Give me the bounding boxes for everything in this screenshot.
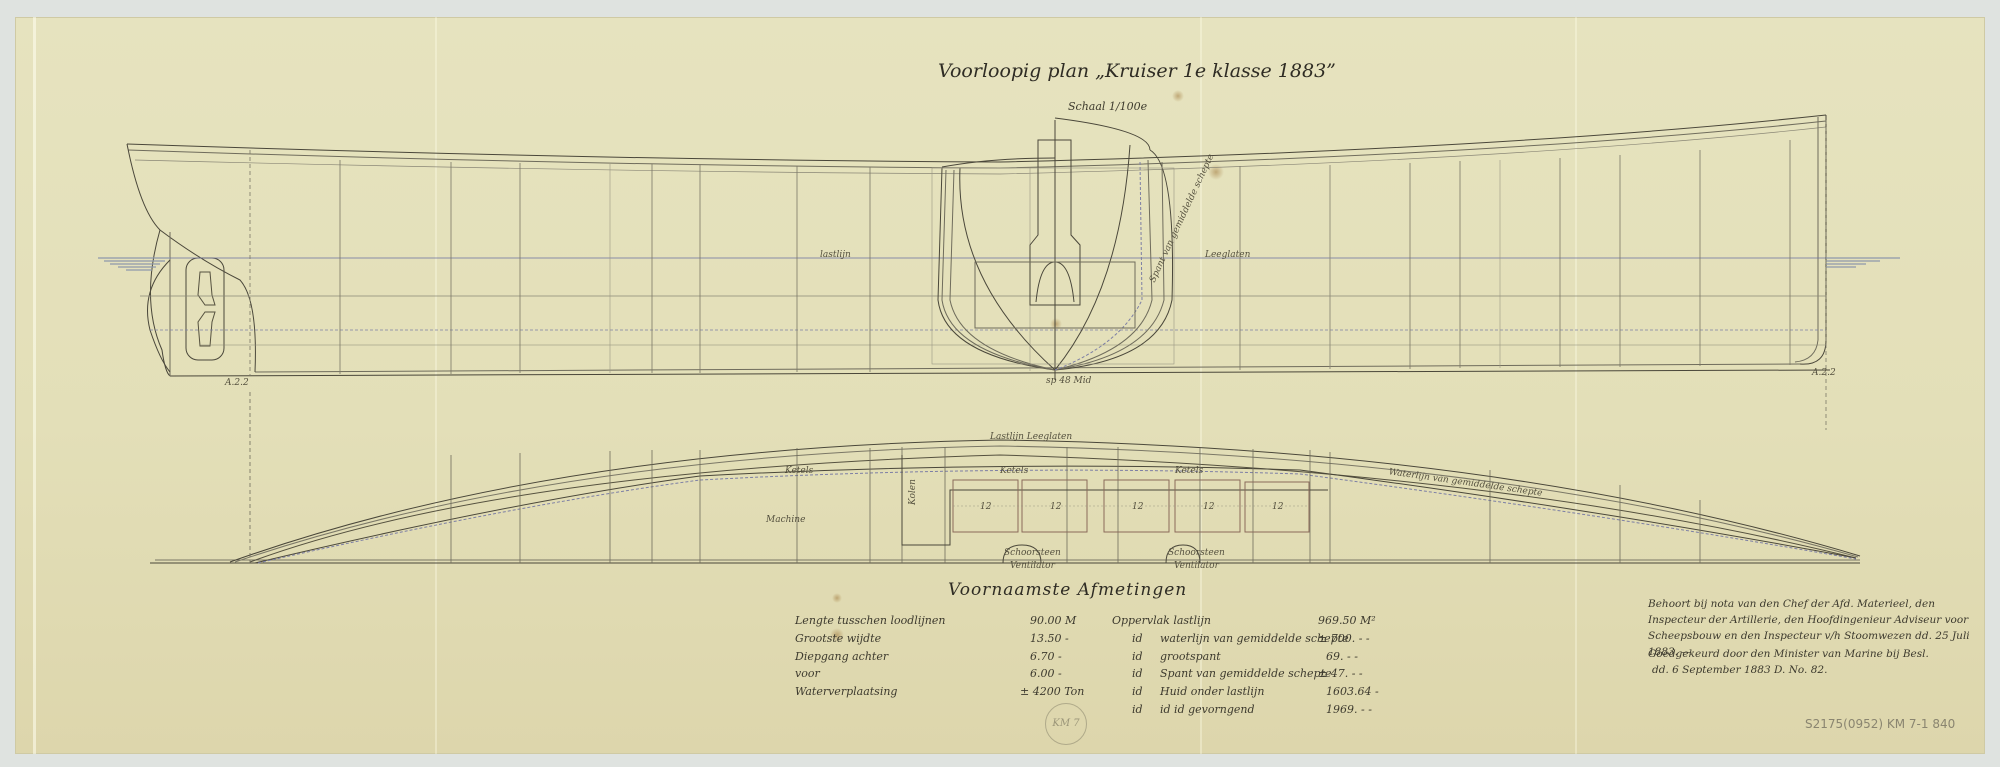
plan-view [150,392,1860,563]
spec-label: Oppervlak lastlijn [1112,614,1211,627]
spec-label: Spant van gemiddelde schepte [1160,667,1332,680]
spec-prefix: id [1132,667,1143,680]
spec-value: 13.50 - [1030,632,1069,645]
label-lastlijn: lastlijn [820,250,851,260]
label-aft-frame: A.2.2 [225,378,249,388]
archive-stamp: KM 7 [1045,703,1087,745]
spec-value: 90.00 M [1030,614,1076,627]
boiler-value: 12 [1272,502,1283,512]
spec-value: 69. - - [1326,650,1358,663]
specifications-heading: Voornaamste Afmetingen [948,580,1187,600]
spec-value: ± 700. - - [1318,632,1370,645]
spec-value: 1969. - - [1326,703,1372,716]
label-plan-waterline: Lastlijn Leeglaten [990,432,1072,442]
label-leeglaten: Leeglaten [1205,250,1250,260]
spec-value: 6.00 - [1030,667,1062,680]
spec-label: grootspant [1160,650,1221,663]
label-midship: sp 48 Mid [1046,376,1091,386]
spec-label: id id gevorngend [1160,703,1255,716]
spec-value: 1603.64 - [1326,685,1379,698]
scale-label: Schaal 1/100e [1068,100,1147,113]
spec-label: Diepgang achter [795,650,888,663]
label-machine: Machine [766,515,805,525]
spec-value: 969.50 M² [1318,614,1376,627]
drawing-title: Voorloopig plan „Kruiser 1e klasse 1883” [938,60,1336,82]
label-ketels-right: Ketels [1175,466,1203,476]
spec-label: Lengte tusschen loodlijnen [795,614,945,627]
spec-prefix: id [1132,632,1143,645]
label-vent-2: Schoorsteen [1168,548,1225,558]
label-vent-1: Schoorsteen [1004,548,1061,558]
spec-value: ± 47. - - [1318,667,1363,680]
boiler-value: 12 [1132,502,1143,512]
spec-prefix: id [1132,685,1143,698]
spec-label: Huid onder lastlijn [1160,685,1264,698]
spec-prefix: id [1132,703,1143,716]
spec-label: Grootste wijdte [795,632,881,645]
approval-date: dd. 6 September 1883 D. No. 82. [1652,662,1982,678]
label-vent-1-sub: Ventilator [1010,561,1055,571]
spec-label: voor [795,667,820,680]
archive-number: S2175(0952) KM 7-1 840 [1805,717,1955,731]
midship-section [932,118,1174,380]
profile-view [98,115,1900,430]
label-vent-2-sub: Ventilator [1174,561,1219,571]
spec-prefix: id [1132,650,1143,663]
spec-value: ± 4200 Ton [1020,685,1084,698]
spec-value: 6.70 - [1030,650,1062,663]
boiler-value: 12 [1050,502,1061,512]
spec-label: Waterverplaatsing [795,685,897,698]
boiler-value: 12 [1203,502,1214,512]
approval-note: Goedgekeurd door den Minister van Marine… [1648,646,1978,662]
label-fore-frame: A.2.2 [1812,368,1836,378]
label-kolen: Kolen [908,479,918,505]
label-ketels-mid: Ketels [1000,466,1028,476]
boiler-value: 12 [980,502,991,512]
label-ketels-left: Ketels [785,466,813,476]
